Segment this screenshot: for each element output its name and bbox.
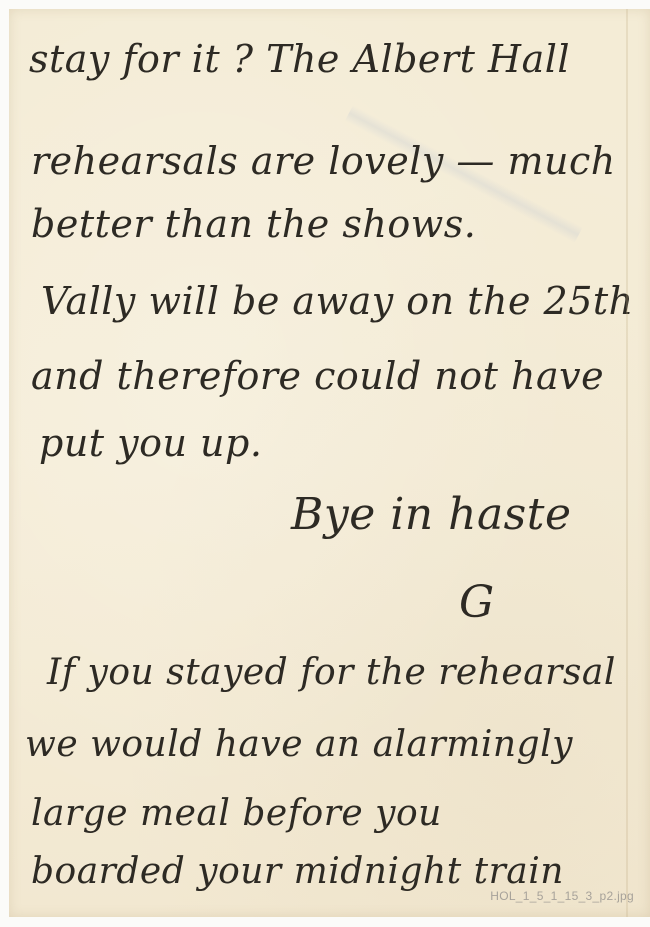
letter-signature: G: [459, 577, 495, 628]
letter-line-6: put you up.: [39, 421, 262, 465]
letter-line-4: Vally will be away on the 25th: [41, 279, 634, 323]
letter-line-12: boarded your midnight train: [31, 851, 564, 892]
document-viewer: ​ stay for it ? The Albert Hall rehearsa…: [0, 0, 650, 927]
image-filename-label: HOL_1_5_1_15_3_p2.jpg: [490, 889, 634, 903]
letter-line-2: rehearsals are lovely — much: [31, 139, 616, 183]
letter-closing: Bye in haste: [291, 489, 571, 540]
letter-line-3: better than the shows.: [31, 202, 476, 246]
letter-line-9: If you stayed for the rehearsal: [47, 652, 616, 693]
letter-line-10: we would have an alarmingly: [25, 724, 573, 765]
letter-page: ​ stay for it ? The Albert Hall rehearsa…: [9, 9, 650, 917]
letter-line-5: and therefore could not have: [31, 354, 604, 398]
letter-line-1: stay for it ? The Albert Hall: [29, 37, 570, 81]
letter-line-11: large meal before you: [31, 793, 442, 834]
